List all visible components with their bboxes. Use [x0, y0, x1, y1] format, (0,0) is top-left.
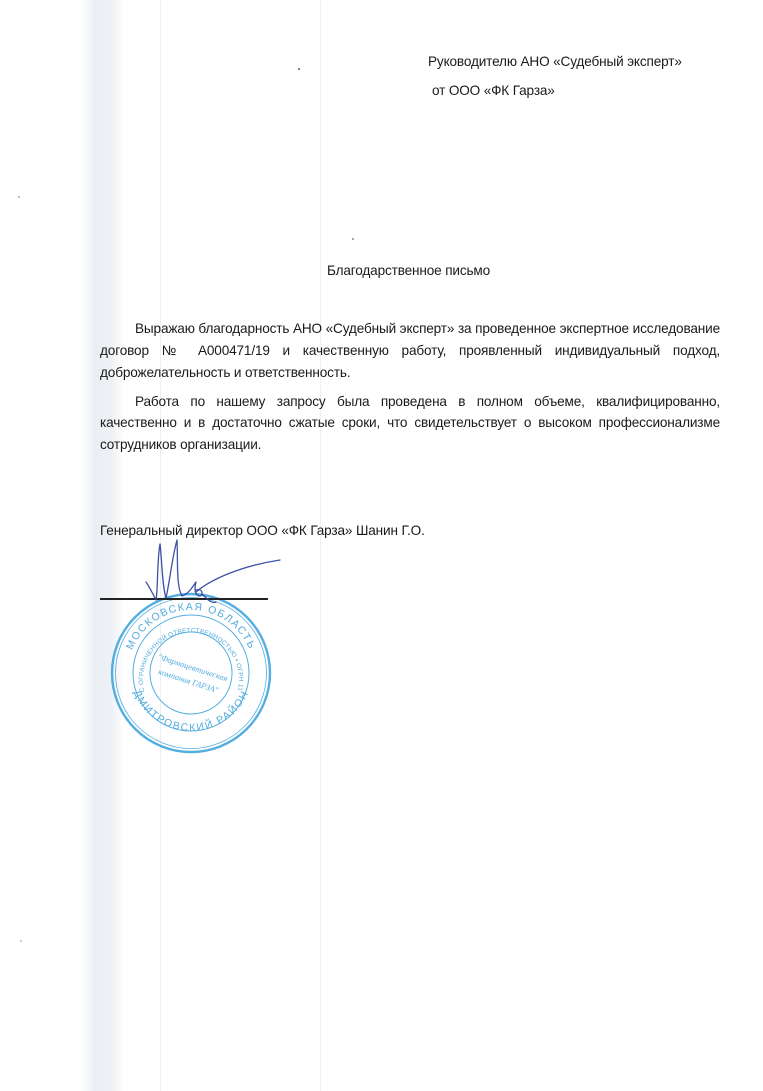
paragraph-line: договор № А000471/19 и качественную рабо… [100, 343, 720, 358]
paragraph-line: Работа по нашему запросу была проведена … [135, 394, 720, 409]
scan-speck [20, 940, 22, 942]
letter-title: Благодарственное письмо [0, 263, 763, 278]
svg-text:ДМИТРОВСКИЙ РАЙОН: ДМИТРОВСКИЙ РАЙОН [131, 688, 252, 734]
paragraph-line: Выражаю благодарность АНО «Судебный эксп… [135, 321, 720, 336]
addressee-line-1: Руководителю АНО «Судебный эксперт» [428, 54, 682, 69]
scan-artifact-band [82, 0, 124, 1091]
scan-artifact-line [320, 0, 321, 1091]
paragraph-line: сотрудников организации. [100, 437, 720, 452]
stamp-text-bottom: ДМИТРОВСКИЙ РАЙОН [131, 688, 252, 734]
scan-speck [18, 196, 20, 198]
addressee-line-2: от ООО «ФК Гарза» [432, 83, 555, 98]
signature-icon [140, 530, 300, 620]
scan-speck [298, 68, 300, 70]
scan-speck [352, 238, 354, 240]
paragraph-line: доброжелательность и ответственность. [100, 365, 720, 380]
paragraph-line: качественно и в достаточно сжатые сроки,… [100, 415, 720, 430]
